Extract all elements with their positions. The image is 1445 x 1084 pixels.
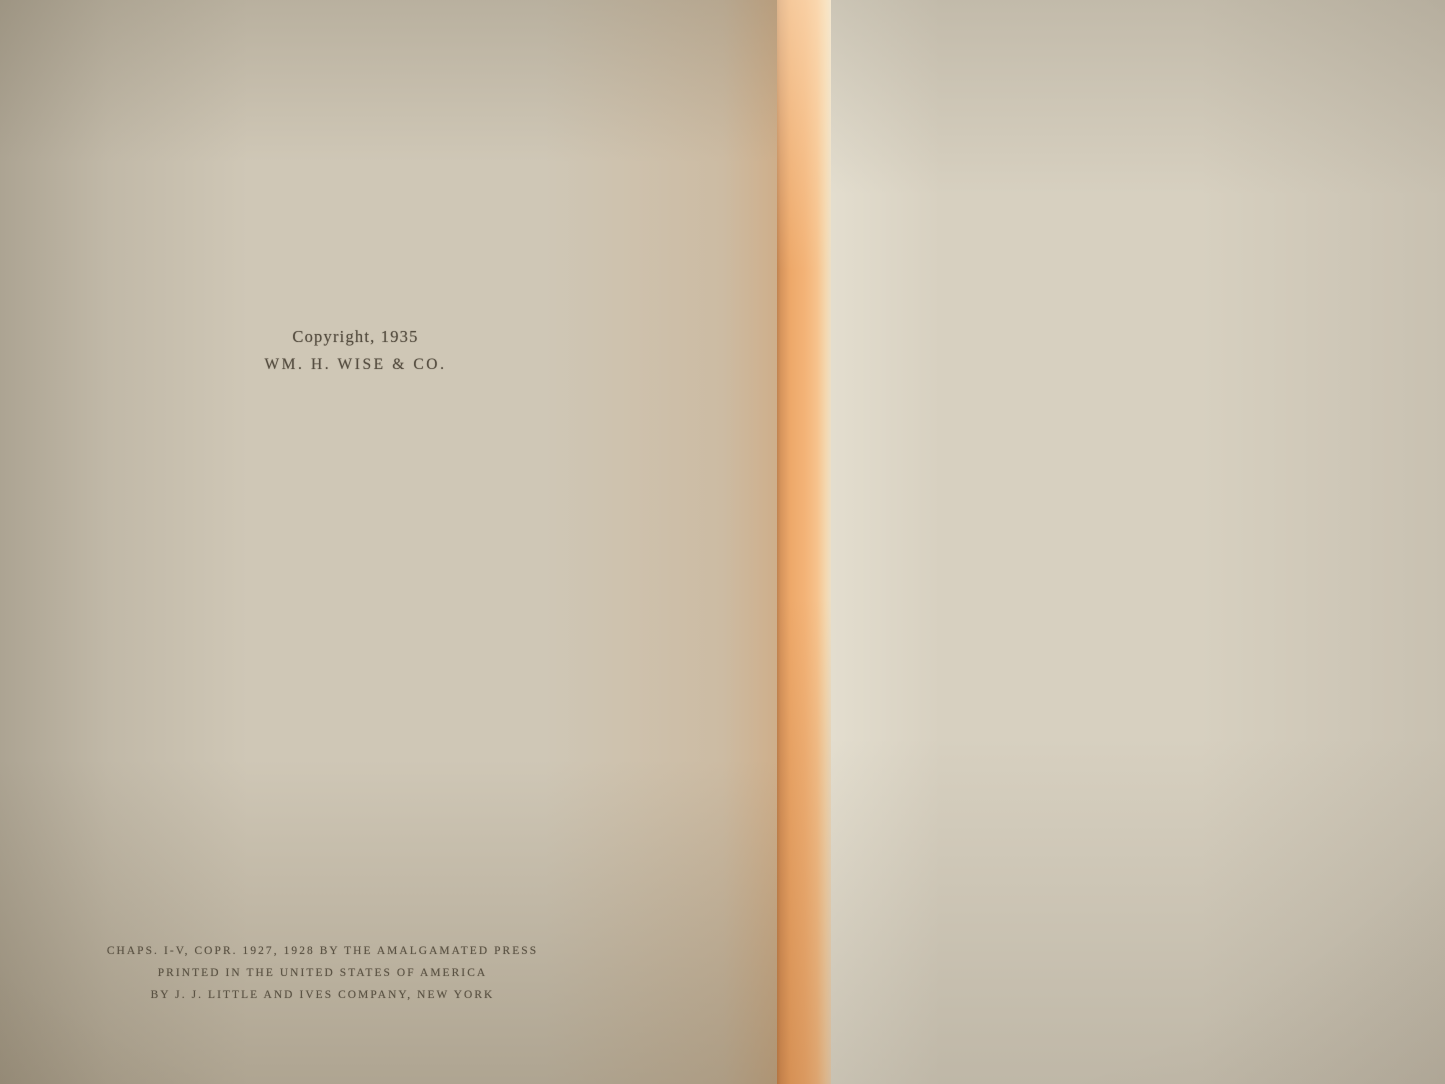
printer-imprint-block: CHAPS. I-V, COPR. 1927, 1928 BY THE AMAL… xyxy=(95,941,550,1006)
copyright-year-line: Copyright, 1935 xyxy=(238,327,473,347)
imprint-line: PRINTED IN THE UNITED STATES OF AMERICA xyxy=(95,963,550,985)
right-book-page: PREFACE “TO know nothing of the past,” s… xyxy=(831,0,1445,1084)
left-book-page: Copyright, 1935 WM. H. WISE & CO. CHAPS.… xyxy=(0,0,777,1084)
publisher-line: WM. H. WISE & CO. xyxy=(238,356,473,374)
imprint-line: BY J. J. LITTLE AND IVES COMPANY, NEW YO… xyxy=(95,985,550,1007)
copyright-block: Copyright, 1935 WM. H. WISE & CO. xyxy=(238,327,473,374)
imprint-line: CHAPS. I-V, COPR. 1927, 1928 BY THE AMAL… xyxy=(95,941,550,963)
book-gutter-spine xyxy=(777,0,831,1084)
